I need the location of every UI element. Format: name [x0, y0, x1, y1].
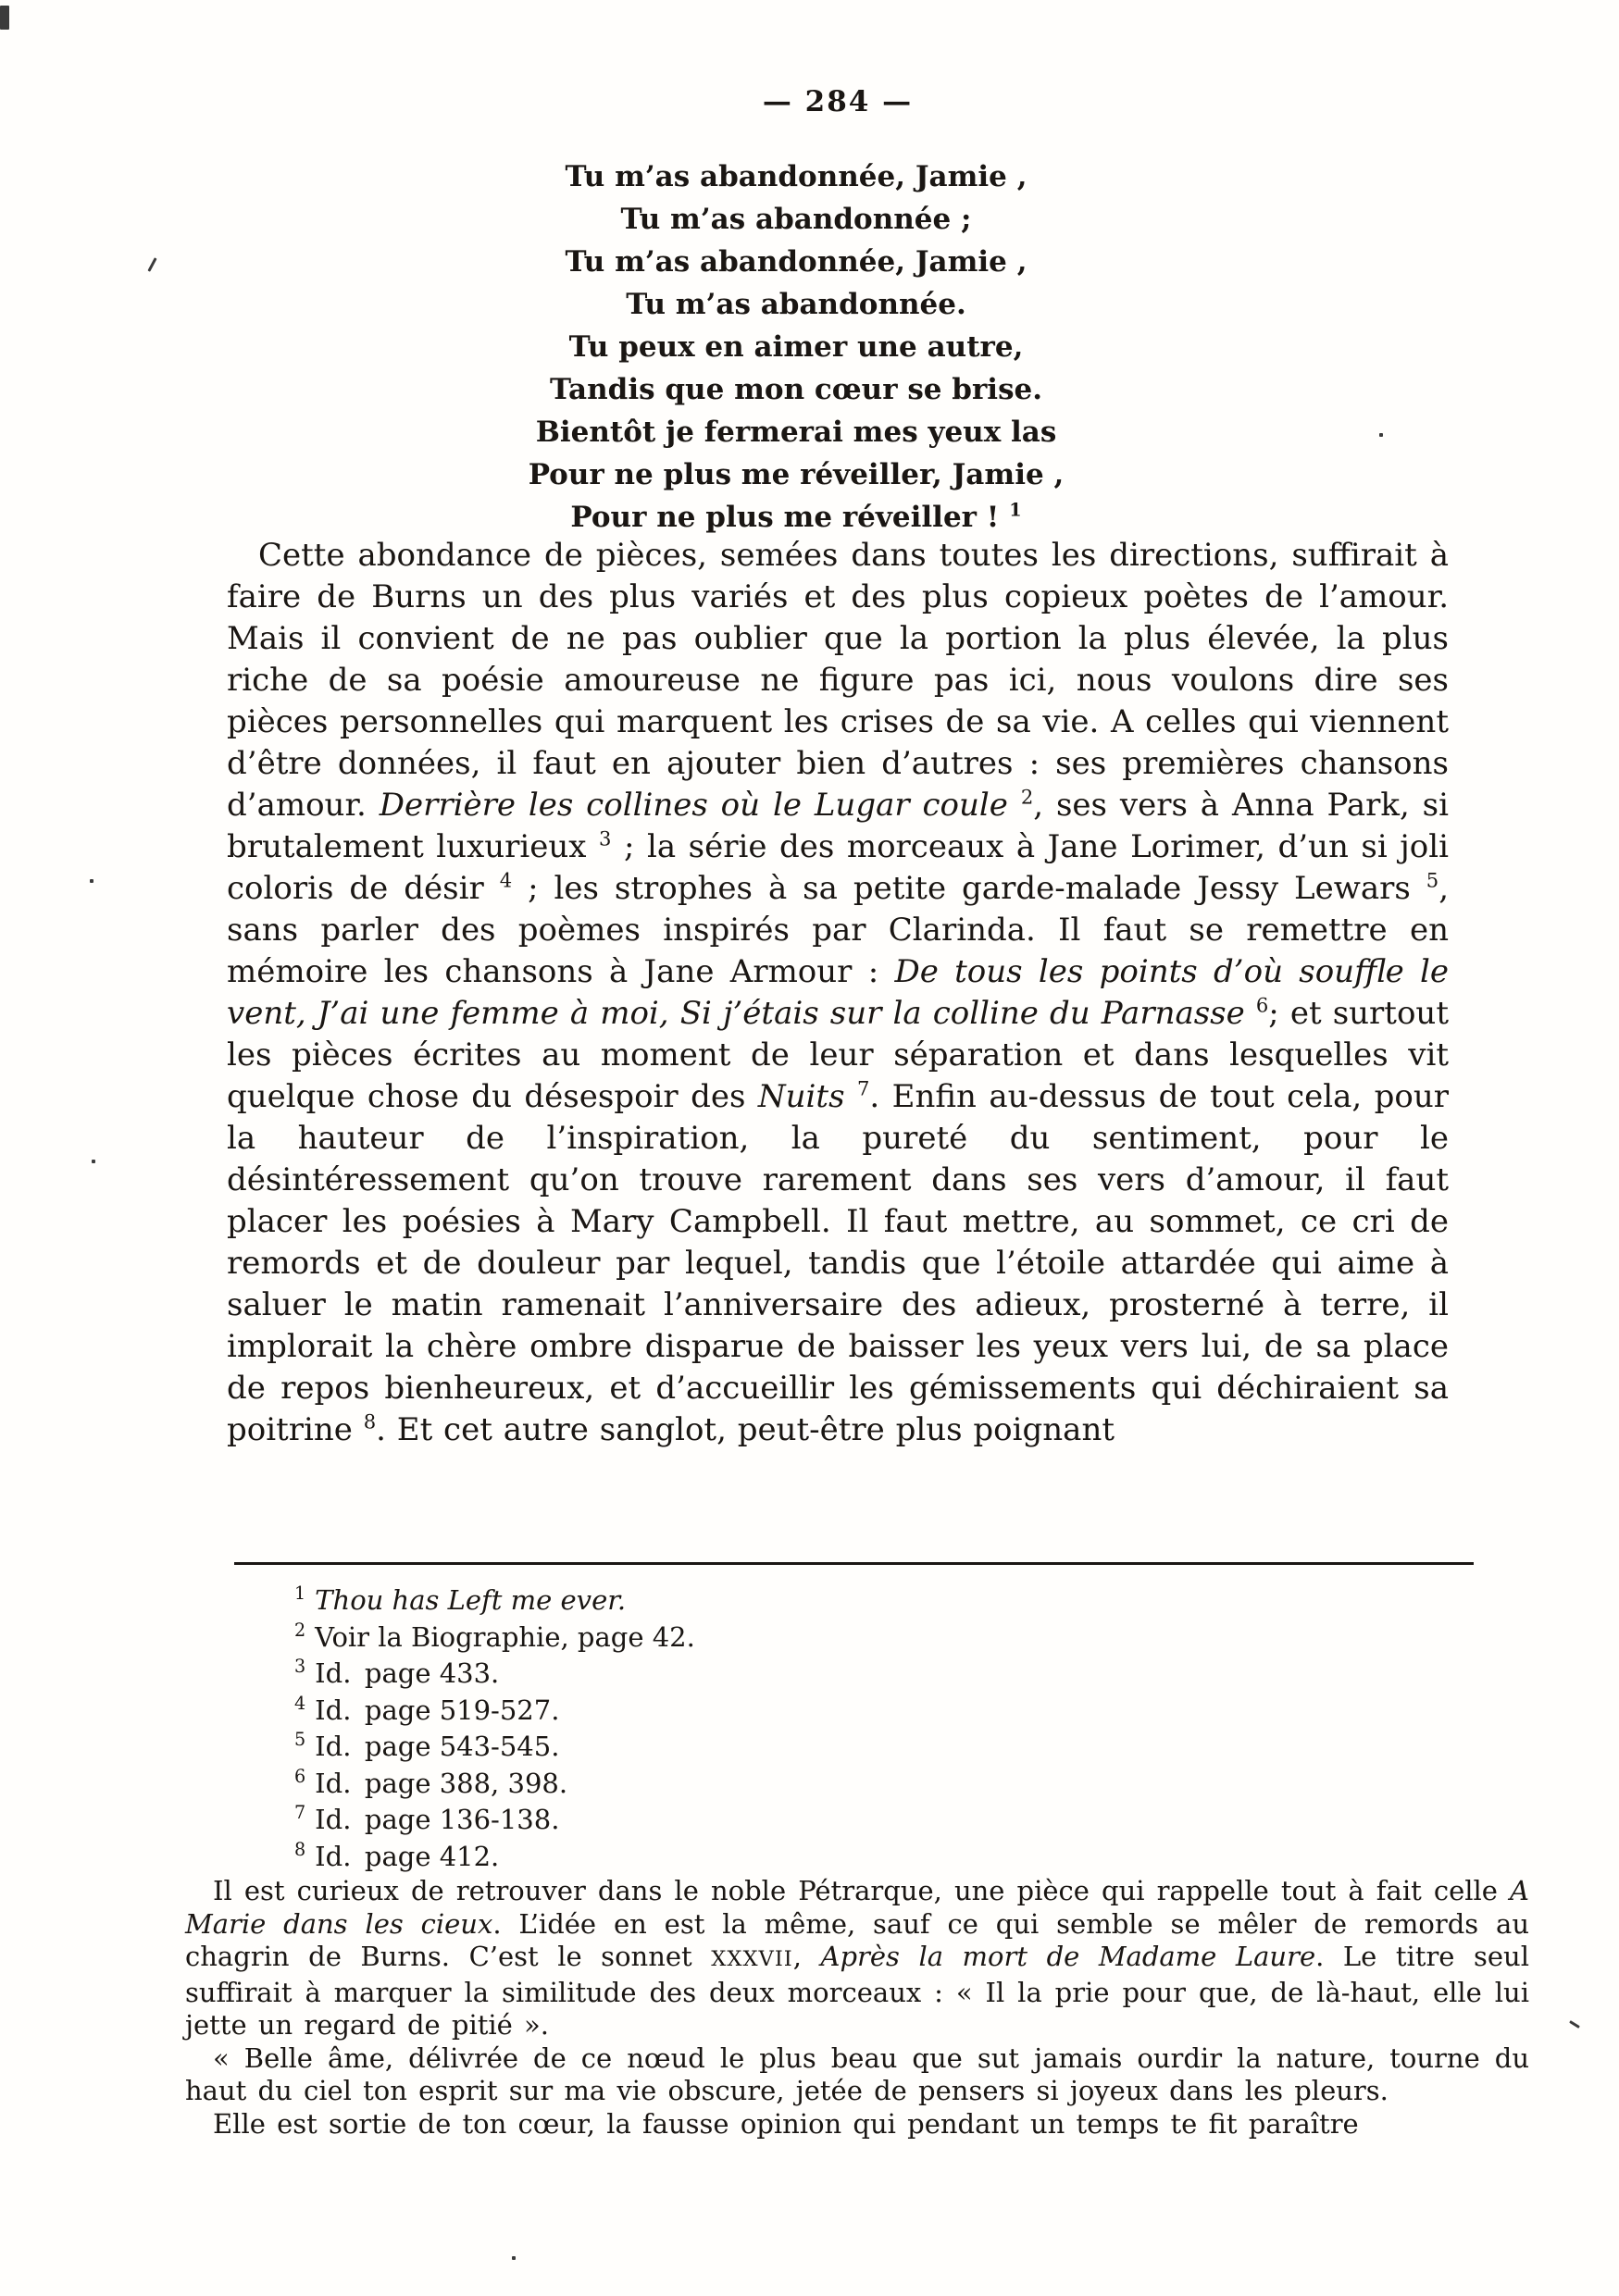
footnote-ref: 6: [1256, 994, 1268, 1017]
footnote-ref: 8: [364, 1410, 376, 1433]
footnote-marker: 3: [294, 1656, 315, 1677]
footnote-item: 3Id. page 433.: [294, 1656, 1529, 1693]
text-run: Il est curieux de retrouver dans le nobl…: [213, 1875, 1510, 1906]
book-page: — 284 — Tu m’as abandonnée, Jamie ,Tu m’…: [0, 0, 1619, 2296]
footnote-paragraph: Elle est sortie de ton cœur, la fausse o…: [185, 2108, 1529, 2141]
text-run: Thou has Left me ever.: [315, 1584, 626, 1616]
footnote-item: 6Id. page 388, 398.: [294, 1766, 1529, 1803]
text-run: Pour ne plus me réveiller, Jamie ,: [529, 458, 1065, 491]
footnote-item: 4Id. page 519-527.: [294, 1693, 1529, 1730]
poem-line: Bientôt je fermerai mes yeux las: [148, 411, 1444, 453]
poem-line: Tu m’as abandonnée, Jamie ,: [148, 241, 1444, 283]
footnote-ref: 2: [1021, 786, 1033, 809]
poem-line: Pour ne plus me réveiller, Jamie ,: [148, 453, 1444, 496]
footnote-paragraph: « Belle âme, délivrée de ce nœud le plus…: [185, 2042, 1529, 2108]
footnote-marker: 6: [294, 1766, 315, 1787]
text-run: Tu m’as abandonnée, Jamie ,: [566, 160, 1027, 193]
footnote-marker: 8: [294, 1839, 315, 1860]
text-run: Tu peux en aimer une autre,: [569, 330, 1024, 364]
footnote-ref: 5: [1426, 869, 1438, 892]
footnote-ref: 1: [1009, 500, 1021, 521]
text-run: . Et cet autre sanglot, peut-être plus p…: [376, 1411, 1115, 1448]
footnote-ref: 4: [500, 869, 512, 892]
text-run: Id. page 388, 398.: [315, 1768, 567, 1799]
text-run: . Enfin au-dessus de tout cela, pour la …: [227, 1078, 1449, 1448]
text-run: Id. page 412.: [315, 1841, 499, 1872]
footnote-marker: 2: [294, 1620, 315, 1641]
poem-block: Tu m’as abandonnée, Jamie ,Tu m’as aband…: [148, 155, 1444, 539]
scan-speck: [512, 2256, 516, 2260]
footnote-marker: 7: [294, 1802, 315, 1823]
scan-speck: [90, 879, 93, 883]
footnote-paragraph: Il est curieux de retrouver dans le nobl…: [185, 1875, 1529, 2042]
poem-line: Tu m’as abandonnée.: [148, 283, 1444, 326]
text-run: [1008, 787, 1021, 824]
footnote-item: 1Thou has Left me ever.: [294, 1582, 1529, 1620]
text-run: Tu m’as abandonnée, Jamie ,: [566, 245, 1027, 279]
poem-line: Tu m’as abandonnée, Jamie ,: [148, 155, 1444, 198]
text-run: Id. page 543-545.: [315, 1731, 559, 1762]
footnote-rule: [234, 1562, 1474, 1565]
text-run: Pour ne plus me réveiller !: [570, 501, 1009, 534]
scan-speck: [1569, 2020, 1580, 2029]
page-number: — 284 —: [227, 85, 1449, 118]
text-run: « Belle âme, délivrée de ce nœud le plus…: [185, 2042, 1529, 2107]
footnote-paragraphs: Il est curieux de retrouver dans le nobl…: [185, 1875, 1529, 2141]
footnote-list: 1Thou has Left me ever.2Voir la Biograph…: [185, 1582, 1529, 1875]
text-run: Voir la Biographie, page 42.: [315, 1621, 695, 1653]
text-run: ; les strophes à sa petite garde-malade …: [512, 870, 1426, 907]
text-run: [845, 1078, 857, 1115]
text-run: ,: [793, 1941, 821, 1972]
scan-speck: [92, 1160, 95, 1163]
text-run: Nuits: [758, 1078, 845, 1115]
body-paragraph: Cette abondance de pièces, semées dans t…: [227, 535, 1449, 1451]
text-run: Cette abondance de pièces, semées dans t…: [227, 537, 1449, 824]
text-run: Tandis que mon cœur se brise.: [550, 373, 1042, 406]
footnote-item: 8Id. page 412.: [294, 1839, 1529, 1876]
text-run: xxxvii: [711, 1947, 792, 1971]
text-run: Tu m’as abandonnée ;: [621, 203, 972, 236]
poem-line: Tu peux en aimer une autre,: [148, 326, 1444, 368]
footnote-marker: 1: [294, 1582, 315, 1604]
text-run: [1245, 995, 1256, 1032]
text-run: Elle est sortie de ton cœur, la fausse o…: [213, 2108, 1359, 2140]
poem-line: Tandis que mon cœur se brise.: [148, 368, 1444, 411]
text-run: Id. page 433.: [315, 1657, 499, 1689]
footnote-item: 7Id. page 136-138.: [294, 1802, 1529, 1839]
text-run: Id. page 519-527.: [315, 1694, 559, 1726]
text-run: Après la mort de Madame Laure: [821, 1941, 1316, 1972]
footnote-marker: 4: [294, 1693, 315, 1714]
text-run: Derrière les collines où le Lugar coule: [380, 787, 1008, 824]
poem-line: Pour ne plus me réveiller ! 1: [148, 496, 1444, 539]
text-run: Bientôt je fermerai mes yeux las: [536, 416, 1057, 449]
footnote-item: 2Voir la Biographie, page 42.: [294, 1620, 1529, 1657]
footnote-ref: 3: [599, 827, 611, 850]
footnote-ref: 7: [857, 1077, 869, 1100]
text-run: Tu m’as abandonnée.: [626, 288, 966, 321]
poem-line: Tu m’as abandonnée ;: [148, 198, 1444, 241]
scan-speck: [0, 6, 9, 30]
footnote-marker: 5: [294, 1729, 315, 1750]
footnotes-block: 1Thou has Left me ever.2Voir la Biograph…: [185, 1582, 1529, 2141]
text-run: Id. page 136-138.: [315, 1804, 559, 1835]
footnote-item: 5Id. page 543-545.: [294, 1729, 1529, 1766]
scan-speck: [1379, 433, 1383, 437]
